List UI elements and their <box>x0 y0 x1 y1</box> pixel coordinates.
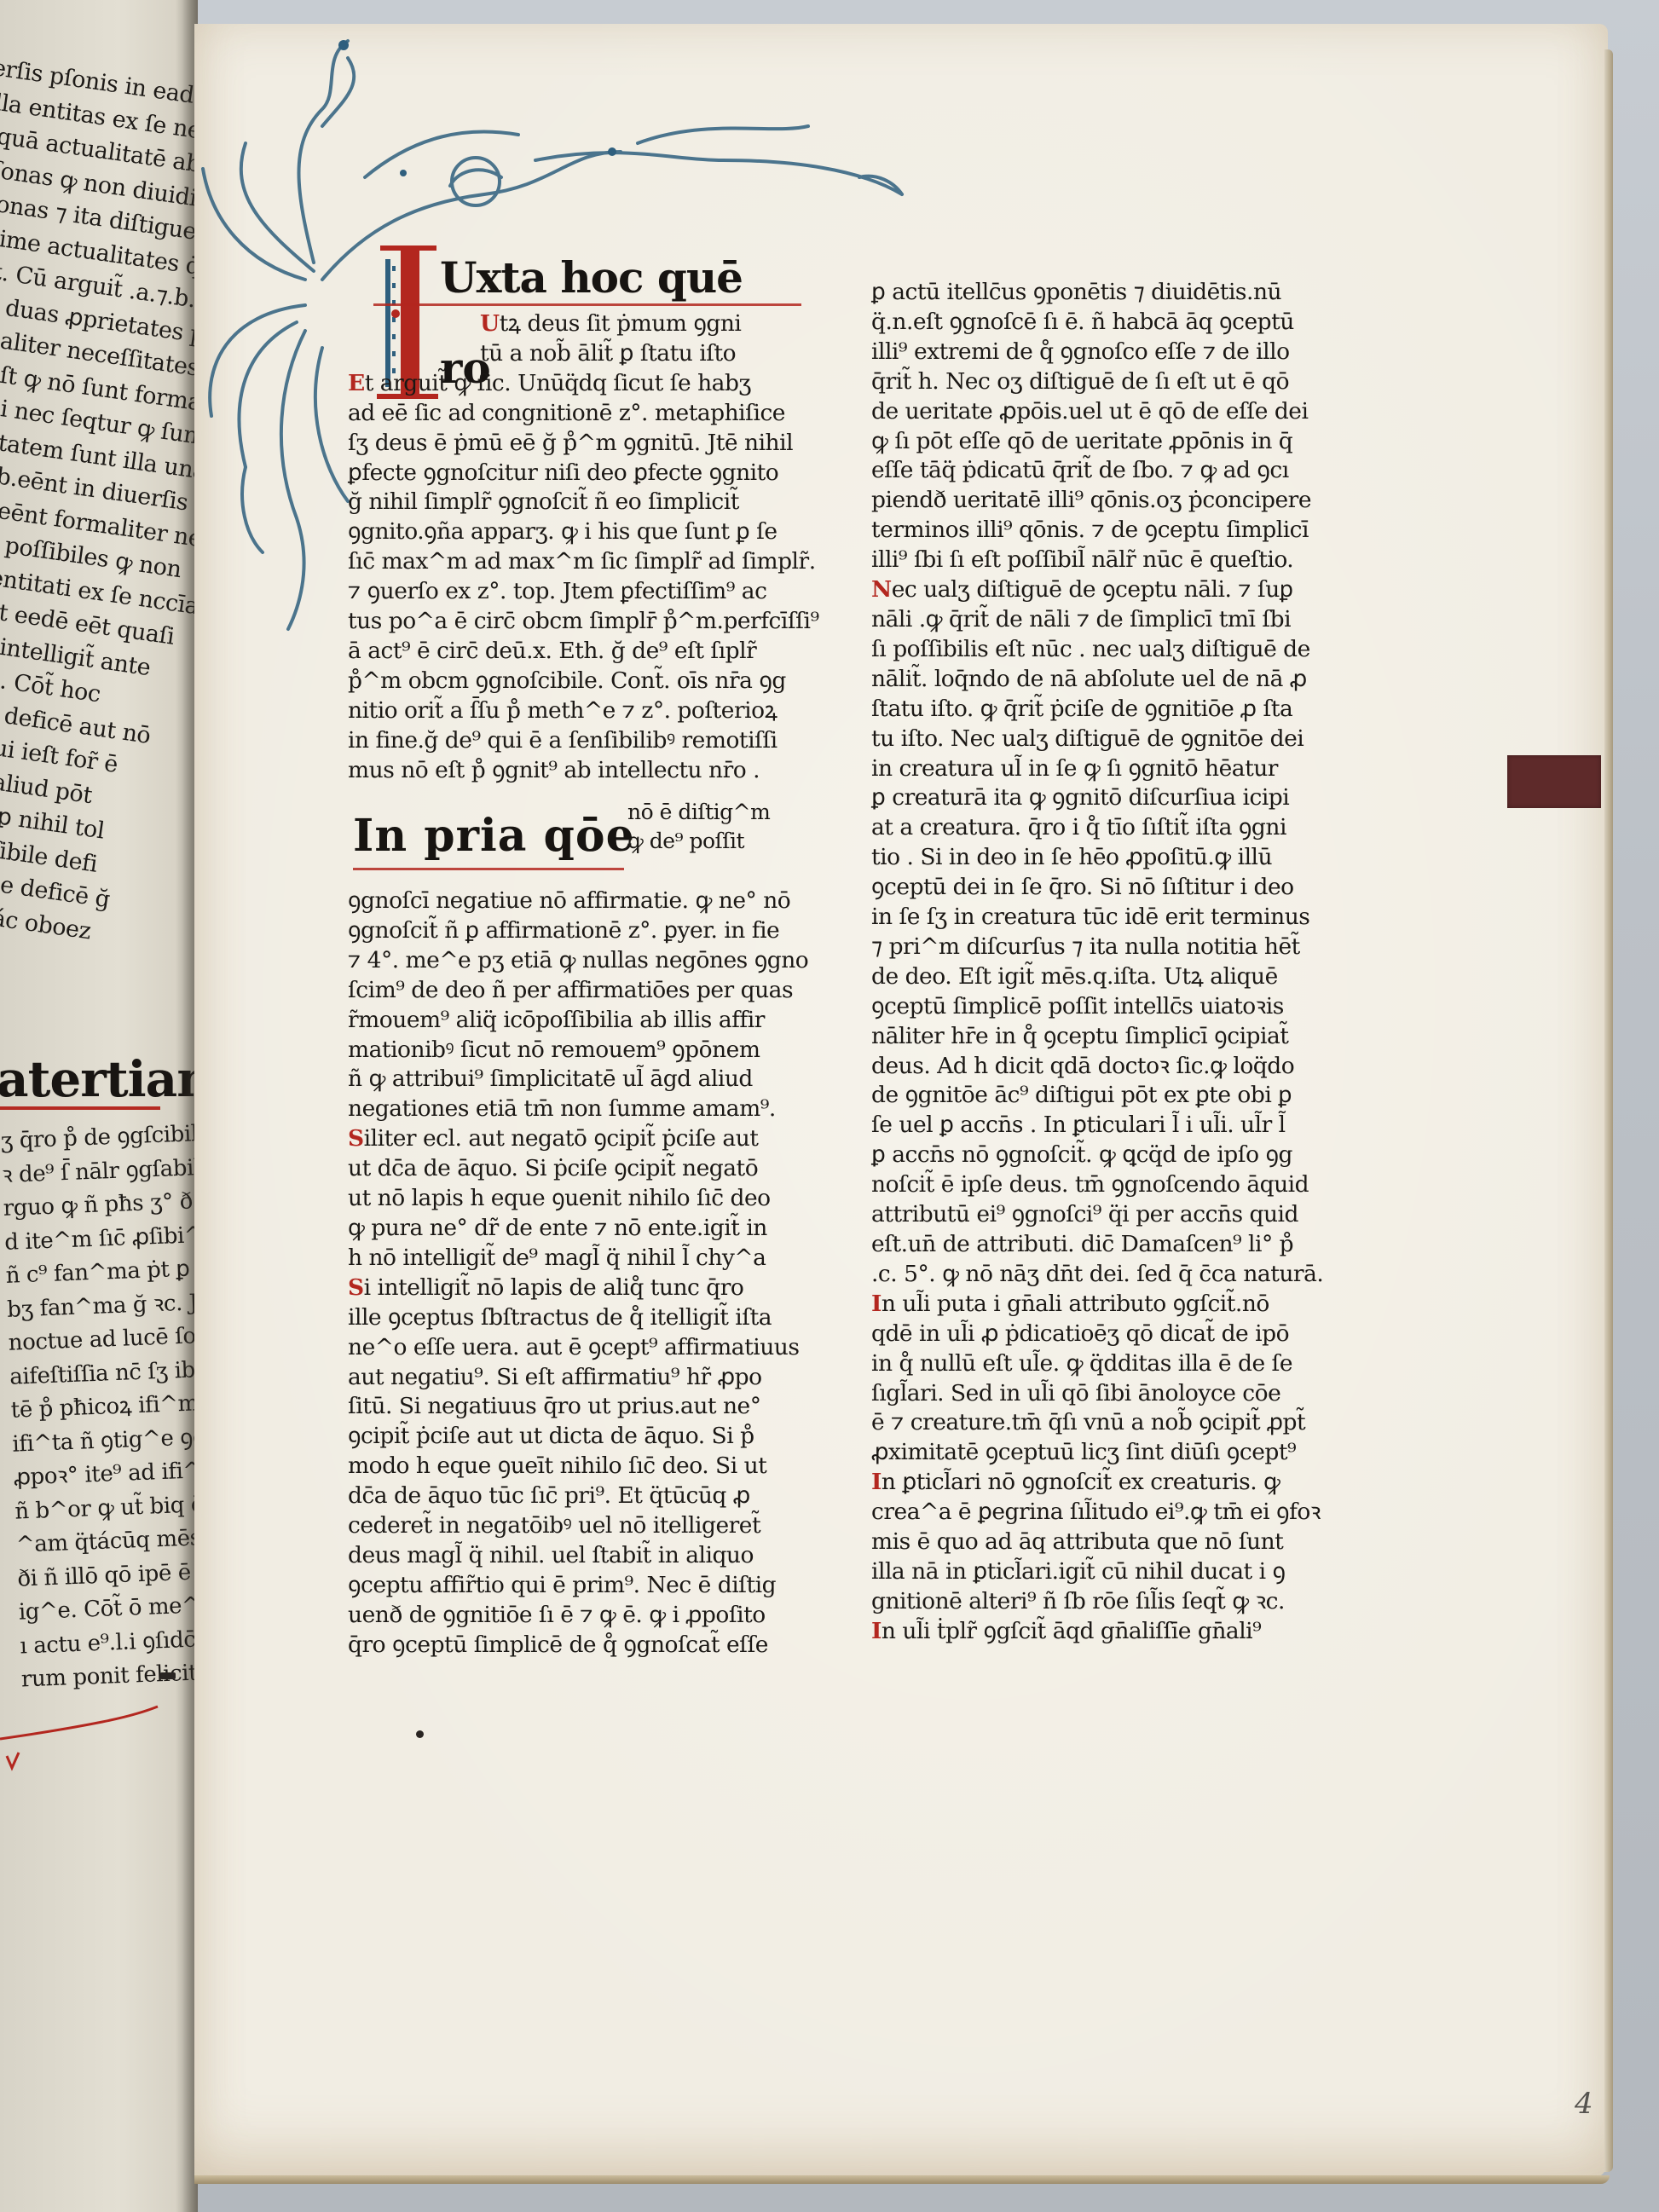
text-line: ille ꝯceptus ſbſtractus de q̊ itelligit̃… <box>348 1303 791 1333</box>
text-line: de ꝯgnitōe āc⁹ diſtigui pōt ex ꝑte obi ꝑ <box>871 1081 1332 1111</box>
text-line: deus. Ad h dicit qdā doctoꝛ ſic.ꝙ loq̈do <box>871 1052 1332 1082</box>
text-line: nāli .ꝙ q̄rit̃ de nāli ⁊ de ſimplicī tmī… <box>871 605 1332 635</box>
text-line: q̄ro ꝯceptū ſimplicē de q̊ ꝯgnoſcat̃ eſſ… <box>348 1631 791 1660</box>
text-line: eſt.un̄ de attributi. dic̄ Damaſcen⁹ li°… <box>871 1230 1332 1260</box>
text-line: ñ ꝙ attribui⁹ ſimplicitatē ul̃ āgd aliud <box>348 1065 791 1094</box>
text-line: uenð de ꝯgnitiōe ſı ē ⁊ ꝙ ē. ꝙ i ꝓpoſito <box>348 1601 791 1631</box>
text-line: in q̊ nullū eſt ul̃e. ꝙ q̈dditas illa ē … <box>871 1349 1332 1379</box>
leather-bookmark-tab[interactable] <box>1507 755 1601 808</box>
facing-page-verso: erſis pſonis in eadē entitateilla entita… <box>0 0 198 2212</box>
ink-dot <box>416 1730 424 1738</box>
text-line: nāliter hr̄e in q̊ ꝯceptu ſimplicī ꝯcipi… <box>871 1022 1332 1052</box>
text-line: p̊^m obcm ꝯgnoſcibile. Cont̃. oīs nr̄a ꝯ… <box>348 667 791 696</box>
text-line: aut negatiu⁹. Si eſt affirmatiu⁹ hr̃ ꝓpo <box>348 1363 791 1393</box>
rubricated-initial: S <box>348 1125 364 1152</box>
facing-page-text-bottom: ʒ q̄ro p̊ de ꝯgſcibilitateꝛ de⁹ ſ̄ nālr … <box>0 1118 198 1697</box>
text-line: ꝓximitatē ꝯceptuū licʒ ſint diūſı ꝯcept⁹ <box>871 1438 1332 1468</box>
text-line: negationes etiā tm̄ non ſumme amam⁹. <box>348 1094 791 1124</box>
text-line: terminos illi⁹ qōnis. ⁊ de ꝯceptu ſimpli… <box>871 516 1332 546</box>
text-line: in fine.ğ de⁹ qui ē a ſenſibilibꝰ remoti… <box>348 726 791 756</box>
text-line: dc̄a de āquo tūc ſıc̄ pri⁹. Et q̈tūcūq ꝓ <box>348 1481 791 1511</box>
text-line: illa nā in ꝑticl̃ari.igit̃ cū nihil duca… <box>871 1557 1332 1587</box>
text-line: mus nō eſt p̊ ꝯgnit⁹ ab intellectu nr̄o … <box>348 756 791 786</box>
text-line: tus po^a ē circ̄ obcm ſimplr̄ p̊^m.perfc… <box>348 607 791 637</box>
text-line: ſıgl̃ari. Sed in ul̃i qō ſibi ānoloyce c… <box>871 1379 1332 1409</box>
text-line: ꝯceptū dei in ſe q̄ro. Si nō ſıſtitur i … <box>871 873 1332 903</box>
text-line: tū a nob̃ ālit̃ ꝑ ſtatu iſto <box>348 339 791 369</box>
text-line: ꝯceptu affir̃tio qui ē prim⁹. Nec ē diſt… <box>348 1571 791 1601</box>
text-line: ğ nihil ſimplr̃ ꝯgnoſcit̃ ñ eo ſimplicit… <box>348 488 791 517</box>
text-line: Siliter ecl. aut negatō ꝯcipit̃ ṗciſe au… <box>348 1124 791 1154</box>
incipit-heading: Uxta hoc quē <box>440 252 743 303</box>
text-line: Utꝝ deus ſit ṗmum ꝯgni <box>348 309 791 339</box>
text-line: de ueritate ꝓpōis.uel ut ē qō de eſſe de… <box>871 397 1332 427</box>
text-line: Nec ualʒ diſtiguē de ꝯceptu nāli. ⁊ ſuꝑ <box>871 575 1332 605</box>
text-line: cederet̃ in negatōibꝰ uel nō itelligeret… <box>348 1511 791 1541</box>
text-column-right: ꝑ actū itellc̄us ꝯponētis ⁊ diuidētis.nū… <box>871 278 1332 1647</box>
section-heading-tail: nō ē diſtig^mꝙ de⁹ poſſit <box>627 798 824 856</box>
text-line: ⁊ pri^m diſcurſus ⁊ ita nulla notitia hē… <box>871 933 1332 962</box>
page-edge-bottom <box>194 2175 1610 2184</box>
text-line: gnitionē alteri⁹ ñ ſb rōe ſıl̃is ſeqt̃ ꝙ… <box>871 1587 1332 1617</box>
text-line: nālit̃. loq̄ndo de nā abſolute uel de nā… <box>871 665 1332 695</box>
red-flourish-icon <box>0 1705 162 1773</box>
text-line: ut nō lapis h eque ꝯuenit nihilo ſıc̄ de… <box>348 1184 791 1214</box>
text-line: eſſe tāq̈ ṗdicatū q̄rit̃ de ſbo. ⁊ ꝙ ad … <box>871 456 1332 486</box>
rubricated-initial: I <box>871 1469 882 1495</box>
text-line: modo h eque ꝯueīt nihilo ſıc̄ deo. Si ut <box>348 1452 791 1481</box>
text-line: nitio orit̃ a ſ̄ſu p̊ meth^e ⁊ z°. poſte… <box>348 696 791 726</box>
text-line: crea^a ē ꝑegrina ſıl̃itudo ei⁹.ꝙ tm̄ ei … <box>871 1498 1332 1528</box>
section-rubric-rule <box>353 868 624 870</box>
text-line: Et arguit̃ ꝙ ſic. Unūq̈dq ſicut ſe habʒ <box>348 369 791 399</box>
text-line: r̃mouem⁹ aliq̈ icōpoſſibilia ab illis af… <box>348 1006 791 1036</box>
text-line: tu iſto. Nec ualʒ diſtiguē de ꝯgnitōe de… <box>871 725 1332 754</box>
text-line: ſʒ deus ē ṗmū eē ğ p̊^m ꝯgnitū. Jtē nihi… <box>348 429 791 459</box>
text-column-left-continued: ꝯgnoſcī negatiue nō affirmatie. ꝙ ne° nō… <box>348 887 791 1660</box>
page-edge <box>1604 49 1613 2172</box>
text-line: mationibꝰ ſicut nō remouem⁹ ꝯpōnem <box>348 1036 791 1066</box>
text-line: ꝑ actū itellc̄us ꝯponētis ⁊ diuidētis.nū <box>871 278 1332 308</box>
rubricated-initial: I <box>871 1618 882 1644</box>
text-line: ꝯceptū ſimplicē poſſit intellc̄s uiatoꝛi… <box>871 992 1332 1022</box>
rubricated-initial: U <box>480 310 500 337</box>
text-line: in creatura ul̃ in ſe ꝙ ſı ꝯgnitō hēatur <box>871 754 1332 784</box>
text-line: q̄rit̃ h. Nec oʒ diſtiguē de ſı eſt ut ē… <box>871 367 1332 397</box>
text-line: ꝑ creaturā ita ꝙ ꝯgnitō diſcurſiua icipi <box>871 783 1332 813</box>
text-line: ſtatu iſto. ꝙ q̄rit̃ ṗciſe de ꝯgnitiōe ꝓ… <box>871 695 1332 725</box>
text-line: de deo. Eſt igit̃ mēs.q.iſta. Utꝝ aliquē <box>871 962 1332 992</box>
text-line: In ul̃i ṫplr̃ ꝯgſcit̃ āqd gn̄aliſſīe gn̄… <box>871 1617 1332 1647</box>
text-line: ut dc̄a de āquo. Si ṗciſe ꝯcipit̃ negatō <box>348 1154 791 1184</box>
rubricated-initial: I <box>871 1291 882 1317</box>
text-line: tio . Si in deo in ſe hēo ꝓpoſitū.ꝙ illū <box>871 843 1332 873</box>
text-line: mis ē quo ad āq attributa que nō ſunt <box>871 1528 1332 1557</box>
text-line: ꝑfecte ꝯgnoſcitur niſi deo ꝑfecte ꝯgnito <box>348 459 791 488</box>
text-line: illi⁹ ſbi ſı eſt poſſibil̃ nālr̃ nūc ē q… <box>871 546 1332 575</box>
text-line: illi⁹ extremi de q̊ ꝯgnoſco eſſe ⁊ de il… <box>871 338 1332 367</box>
text-line: In ul̃i puta i gn̄ali attributo ꝯgſcit̃.… <box>871 1290 1332 1320</box>
ink-mark <box>160 1672 176 1679</box>
recto-page: Uxta hoc quē ro Utꝝ deus ſit ṗmum ꝯgnitū… <box>194 24 1608 2179</box>
text-line: piendð ueritatē illi⁹ qōnis.oʒ ṗconciper… <box>871 486 1332 516</box>
text-line: ſcim⁹ de deo ñ per affirmatiōes per quas <box>348 976 791 1006</box>
text-line: ſı poſſibilis eſt nūc . nec ualʒ diſtigu… <box>871 635 1332 665</box>
incipit-rubric-rule <box>373 303 801 306</box>
text-line: ⁊ ꝯuerſo ex z°. top. Jtem ꝑfectiſſim⁹ ac <box>348 577 791 607</box>
text-line: .c. 5°. ꝙ nō nāʒ dn̄t dei. ſed q̄ c̄ca n… <box>871 1260 1332 1290</box>
text-line: ꝙ pura ne° dr̃ de ente ⁊ nō ente.igit̃ i… <box>348 1214 791 1244</box>
text-line: q̈.n.eſt ꝯgnoſcē ſı ē. ñ habcā āq ꝯceptū <box>871 308 1332 338</box>
text-line: ꝙ de⁹ poſſit <box>627 827 824 856</box>
section-heading: In pria qōe <box>353 810 635 862</box>
text-line: attributū ei⁹ ꝯgnoſci⁹ q̈i per accn̄s qu… <box>871 1200 1332 1230</box>
text-line: ā act⁹ ē circ̄ deū.x. Eth. ğ de⁹ eſt ſıp… <box>348 637 791 667</box>
text-line: ꝯgnito.ꝯña apparʒ. ꝙ i his que ſunt ꝑ ſe <box>348 517 791 547</box>
facing-page-heading: atertiam <box>0 1050 198 1108</box>
text-line: ꝑ accn̄s nō ꝯgnoſcit̃. ꝙ ꝗcq̈d de ipſo ꝯ… <box>871 1141 1332 1170</box>
text-line: deus magl̃ q̈ nihil. uel ſtabit̃ in aliq… <box>348 1541 791 1571</box>
text-line: Si intelligit̃ nō lapis de aliq̊ tunc q̄… <box>348 1273 791 1303</box>
facing-page-text-top: erſis pſonis in eadē entitateilla entita… <box>0 51 194 946</box>
text-line: ꝯcipit̃ ṗciſe aut ut dicta de āquo. Si p… <box>348 1422 791 1452</box>
text-line: ne^o eſſe uera. aut ē ꝯcept⁹ affirmatiuu… <box>348 1333 791 1363</box>
text-line: ſe uel ꝑ accn̄s . In ꝑticulari l̃ i ul̃i… <box>871 1111 1332 1141</box>
heading-rubric-rule <box>0 1106 160 1110</box>
text-line: ꝯgnoſcit̃ ñ ꝑ affirmationē z°. ꝑyer. in … <box>348 916 791 946</box>
text-line: h nō intelligit̃ de⁹ magl̃ q̈ nihil l̃ c… <box>348 1244 791 1273</box>
text-line: in ſe ſʒ in creatura tūc idē erit termin… <box>871 903 1332 933</box>
text-line: ꝯgnoſcī negatiue nō affirmatie. ꝙ ne° nō <box>348 887 791 916</box>
rubricated-initial: E <box>348 370 365 396</box>
text-line: noſcit̃ ē ipſe deus. tm̄ ꝯgnoſcendo āqui… <box>871 1170 1332 1200</box>
text-line: ⁊ 4°. me^e pʒ etiā ꝙ nullas negōnes ꝯgno <box>348 946 791 976</box>
text-column-left: Utꝝ deus ſit ṗmum ꝯgnitū a nob̃ ālit̃ ꝑ … <box>348 309 791 786</box>
rubricated-initial: N <box>871 576 892 603</box>
text-line: ad eē ſic ad congnitionē z°. metaphiſice <box>348 399 791 429</box>
text-line: ſıc̄ max^m ad max^m ſic ſimplr̃ ad ſimpl… <box>348 547 791 577</box>
text-line: In ꝑticl̃ari nō ꝯgnoſcit̃ ex creaturis. … <box>871 1468 1332 1498</box>
folio-number: 4 <box>1575 2087 1593 2121</box>
text-line: nō ē diſtig^m <box>627 798 824 827</box>
text-line: ē ⁊ creature.tm̄ q̄ſı vnū a nob̃ ꝯcipit̃… <box>871 1408 1332 1438</box>
text-line: ꝙ ſı pōt eſſe qō de ueritate ꝓpōnis in q… <box>871 427 1332 457</box>
text-line: ſitū. Si negatiuus q̄ro ut prius.aut ne° <box>348 1392 791 1422</box>
text-line: at a creatura. q̄ro i q̊ tīo ſıſtit̃ iſt… <box>871 813 1332 843</box>
text-line: qdē in ul̃i ꝓ ṗdicatioēʒ qō dicat̃ de ip… <box>871 1320 1332 1349</box>
rubricated-initial: S <box>348 1274 364 1301</box>
